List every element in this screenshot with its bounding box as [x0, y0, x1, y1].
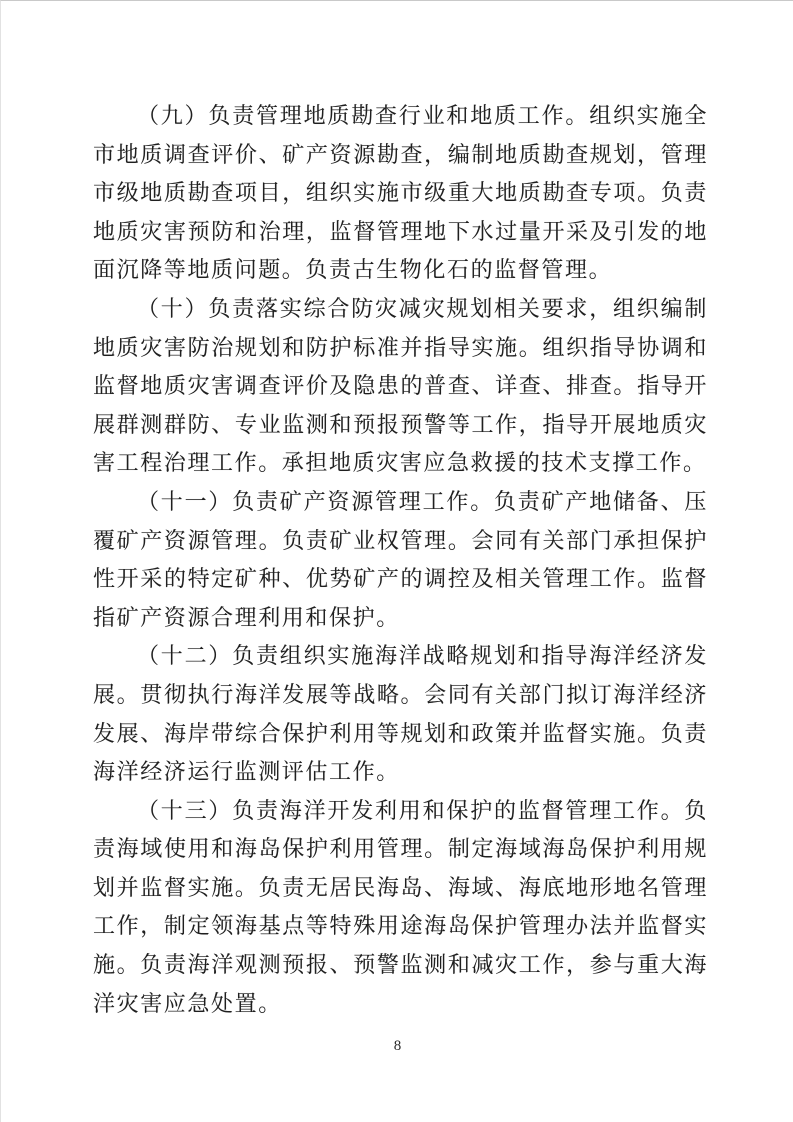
page-number: 8	[394, 1038, 402, 1054]
document-body: （九）负责管理地质勘查行业和地质工作。组织实施全市地质调查评价、矿产资源勘查，编…	[93, 97, 708, 1023]
page-footer: 8	[1, 1037, 793, 1055]
paragraph-item-11: （十一）负责矿产资源管理工作。负责矿产地储备、压覆矿产资源管理。负责矿业权管理。…	[93, 483, 708, 637]
paragraph-item-9: （九）负责管理地质勘查行业和地质工作。组织实施全市地质调查评价、矿产资源勘查，编…	[93, 97, 708, 290]
paragraph-item-10: （十）负责落实综合防灾减灾规划相关要求，组织编制地质灾害防治规划和防护标准并指导…	[93, 290, 708, 483]
paragraph-item-12: （十二）负责组织实施海洋战略规划和指导海洋经济发展。贯彻执行海洋发展等战略。会同…	[93, 637, 708, 791]
document-page: （九）负责管理地质勘查行业和地质工作。组织实施全市地质调查评价、矿产资源勘查，编…	[0, 0, 793, 1122]
paragraph-item-13: （十三）负责海洋开发利用和保护的监督管理工作。负责海域使用和海岛保护利用管理。制…	[93, 792, 708, 1024]
